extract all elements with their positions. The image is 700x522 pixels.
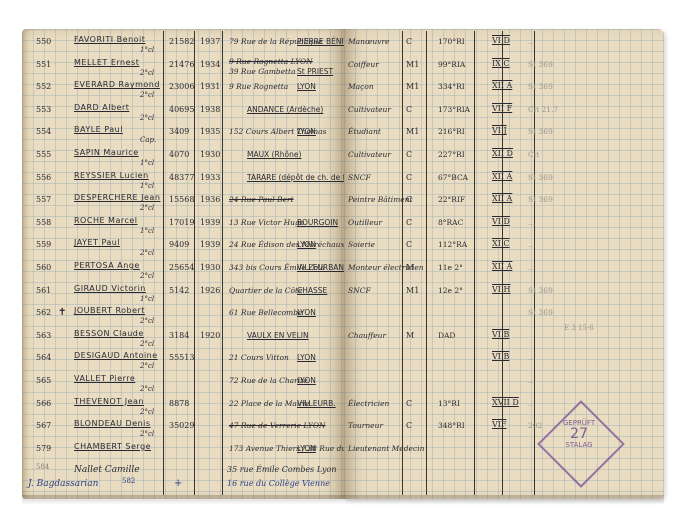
ledger-row: CoiffeurM199°RIAIX CSt 369 — [344, 56, 664, 78]
ledger-row: 556REYSSIER Lucien1°cl483771933TARARE (d… — [22, 169, 344, 191]
class-year: 1938 — [200, 105, 220, 114]
address: 39 Rue Gambetta — [229, 67, 296, 76]
ledger-row: 554BAYLE PaulCap.34091935152 Cours Alber… — [22, 123, 344, 145]
entry-number: 584 — [36, 463, 49, 471]
rank: 1°cl — [140, 159, 154, 167]
class-year: 1926 — [200, 286, 220, 295]
occupation: Chauffeur — [348, 331, 386, 340]
reference: ... — [528, 37, 535, 46]
classification: M1 — [406, 60, 419, 69]
entry-number: 565 — [36, 376, 51, 385]
address: 21 Cours Vitton — [229, 353, 289, 362]
reference: Cit — [528, 150, 539, 159]
ledger-row: 555SAPIN Maurice1°cl40701930MAUX (Rhône) — [22, 146, 344, 168]
entry-number: 566 — [36, 399, 51, 408]
military-group: XII A — [492, 194, 512, 203]
ledger-row: ChauffeurMDADVI B — [344, 327, 664, 349]
rank: 2°cl — [140, 408, 154, 416]
classification: C — [406, 240, 412, 249]
city: LYON — [297, 376, 316, 385]
ledger-row: 561GIRAUD Victorin1°cl51421926Quartier d… — [22, 282, 344, 304]
rank: 2°cl — [140, 430, 154, 438]
classification: C — [406, 421, 412, 430]
entry-number: 559 — [36, 240, 51, 249]
entry-number: 562 — [36, 308, 51, 317]
class-year: 1936 — [200, 195, 220, 204]
military-group: VI J — [492, 126, 507, 135]
stamp-bottom-text: STALAG — [538, 442, 620, 449]
regiment: DAD — [438, 331, 455, 340]
city: LYON — [297, 444, 316, 453]
address: 13 Rue Victor Hugo — [229, 218, 304, 227]
city: VAULX EN VELIN — [247, 331, 309, 340]
matricule: 21476 — [169, 60, 194, 69]
rank: 2°cl — [140, 340, 154, 348]
military-group: VI H — [492, 285, 510, 294]
matricule: 35029 — [169, 421, 194, 430]
class-year: 1935 — [200, 127, 220, 136]
soldier-name: THEVENOT Jean — [74, 397, 144, 406]
occupation: SNCF — [348, 286, 371, 295]
matricule: 17019 — [169, 218, 194, 227]
classification: C — [406, 150, 412, 159]
address: 61 Rue Bellecombe — [229, 308, 302, 317]
regiment: 348°RI — [438, 421, 465, 430]
class-year: 1937 — [200, 37, 220, 46]
classification: M — [406, 263, 414, 272]
military-group: XII A — [492, 172, 512, 181]
address: 16 rue du Collège Vienne — [227, 479, 330, 488]
rank: 1°cl — [140, 295, 154, 303]
class-year: 1934 — [200, 60, 220, 69]
class-year: 1939 — [200, 240, 220, 249]
occupation: Maçon — [348, 82, 374, 91]
class-year: 1939 — [200, 218, 220, 227]
ledger-row: 559JAYET Paul2°cl9409193924 Rue Édison d… — [22, 236, 344, 258]
entry-number: 555 — [36, 150, 51, 159]
reference: St 369 — [528, 308, 553, 317]
rank: 2°cl — [140, 272, 154, 280]
matricule: 25654 — [169, 263, 194, 272]
regiment: 8°RAC — [438, 218, 463, 227]
struck-address: 9 Rue Rognetta LYON — [229, 57, 313, 66]
classification: C — [406, 173, 412, 182]
military-group: VIF — [492, 420, 507, 429]
occupation: Peintre Bâtiment — [348, 195, 413, 204]
military-group: XII A — [492, 81, 512, 90]
regiment: 227°RI — [438, 150, 465, 159]
stamp-number: 27 — [538, 427, 620, 442]
ledger-row: 553DARD Albert2°cl406951938ANDANCE (Ardè… — [22, 101, 344, 123]
city: LYON — [297, 240, 316, 249]
regiment: 11e 2° — [438, 263, 463, 272]
ledger-row: CultivateurC227°RIXII DCit — [344, 146, 664, 168]
reference: Cit 21.7 — [528, 105, 558, 114]
matricule: 23006 — [169, 82, 194, 91]
military-group: VI B — [492, 330, 509, 339]
classification: C — [406, 105, 412, 114]
classification: M1 — [406, 82, 419, 91]
ledger-row: 552EVERARD Raymond2°cl2300619319 Rue Rog… — [22, 78, 344, 100]
class-year: 1931 — [200, 82, 220, 91]
entry-number: 579 — [36, 444, 51, 453]
regiment: 13°RI — [438, 399, 460, 408]
rank: 1°cl — [140, 227, 154, 235]
city: ANDANCE (Ardèche) — [247, 105, 323, 114]
soldier-name: CHAMBERT Serge — [74, 442, 151, 451]
entry-number: 563 — [36, 331, 51, 340]
occupation: Outilleur — [348, 218, 382, 227]
soldier-name: PERTOSA Ange — [74, 261, 140, 270]
soldier-name: REYSSIER Lucien — [74, 171, 149, 180]
soldier-name: JAYET Paul — [74, 238, 120, 247]
soldier-name: DARD Albert — [74, 103, 129, 112]
soldier-name: JOUBERT Robert — [74, 306, 145, 315]
occupation: Coiffeur — [348, 60, 379, 69]
matricule: 55513 — [169, 353, 194, 362]
classification: C — [406, 399, 412, 408]
city: BOURGOIN — [297, 218, 338, 227]
military-group: XII A — [492, 262, 512, 271]
soldier-name: GIRAUD Victorin — [74, 284, 146, 293]
occupation: Tourneur — [348, 421, 383, 430]
classification: C — [406, 218, 412, 227]
matricule: 3184 — [169, 331, 189, 340]
ledger-row: ÉtudiantM1216°RIVI JSt 369 — [344, 123, 664, 145]
soldier-name: EVERARD Raymond — [74, 80, 160, 89]
entry-number: 561 — [36, 286, 51, 295]
occupation: SNCF — [348, 173, 371, 182]
left-page: 550FAVORITI Benoit1°cl21582193779 Rue de… — [22, 29, 344, 499]
military-group: VII F — [492, 104, 512, 113]
city: VILLEURB. — [297, 399, 336, 408]
ledger-row: 557DESPERCHERE Jean2°cl15568193624 Rue P… — [22, 191, 344, 213]
reference: St 369 — [528, 127, 553, 136]
class-year: 1920 — [200, 331, 220, 340]
occupation: Cultivateur — [348, 150, 391, 159]
rank: 2°cl — [140, 204, 154, 212]
entry-number: 556 — [36, 173, 51, 182]
ledger-row: 560PERTOSA Ange2°cl256541930343 bis Cour… — [22, 259, 344, 281]
rank: 2°cl — [140, 114, 154, 122]
classification: M — [406, 331, 414, 340]
ledger-row: SoierieC112°RAXI C... — [344, 236, 664, 258]
matricule: 3409 — [169, 127, 189, 136]
rank: 1°cl — [140, 182, 154, 190]
soldier-name: BESSON Claude — [74, 329, 144, 338]
matricule: 4070 — [169, 150, 189, 159]
rank: 2°cl — [140, 385, 154, 393]
entry-number: 554 — [36, 127, 51, 136]
ledger-row: OutilleurC8°RACVI D... — [344, 214, 664, 236]
soldier-name: Nallet Camille — [74, 465, 140, 475]
ledger-row: ManœuvreC170°RIVI D... — [344, 33, 664, 55]
deceased-cross-mark: ✝ — [58, 307, 66, 318]
entry-number: 557 — [36, 195, 51, 204]
soldier-name: DESIGAUD Antoine — [74, 351, 158, 360]
ledger-row: SNCFM112e 2°VI HSt 369 — [344, 282, 664, 304]
entry-number: 551 — [36, 60, 51, 69]
matricule: 8878 — [169, 399, 189, 408]
matricule: 9409 — [169, 240, 189, 249]
soldier-name: VALLET Pierre — [74, 374, 135, 383]
matricule: 40695 — [169, 105, 194, 114]
ledger-row: 565VALLET Pierre2°cl72 Rue de la Charité… — [22, 372, 344, 394]
reference: ... — [528, 376, 535, 385]
address: 9 Rue Rognetta — [229, 82, 288, 91]
reference: ... — [528, 263, 535, 272]
reference: ... — [528, 353, 535, 362]
reference: ... — [528, 240, 535, 249]
ledger-row: 563BESSON Claude2°cl31841920VAULX EN VEL… — [22, 327, 344, 349]
classification: C — [406, 195, 412, 204]
entry-number: 582 — [122, 477, 135, 485]
soldier-name: ROCHE Marcel — [74, 216, 138, 225]
military-group: XVII D — [492, 398, 519, 407]
regiment: 67°BCA — [438, 173, 468, 182]
address: 72 Rue de la Charité — [229, 376, 308, 385]
ledger-row: MaçonM1334°RIXII ASt 369 — [344, 78, 664, 100]
rank: 2°cl — [140, 317, 154, 325]
classification: M1 — [406, 127, 419, 136]
occupation: Électricien — [348, 399, 389, 408]
reference: St 369 — [528, 286, 553, 295]
ledger-row: 567BLONDEAU Denis2°cl3502947 Rue de Verr… — [22, 417, 344, 439]
city: LYON — [297, 308, 316, 317]
reference: St 369 — [528, 195, 553, 204]
soldier-name: DESPERCHERE Jean — [74, 193, 160, 202]
page-shadow — [22, 495, 664, 505]
city: LYON — [297, 82, 316, 91]
reference: St 369 — [528, 82, 553, 91]
occupation: Lieutenant Médecin — [348, 444, 424, 453]
matricule: 21582 — [169, 37, 194, 46]
soldier-name: MELLET Ernest — [74, 58, 139, 67]
regiment: 112°RA — [438, 240, 467, 249]
military-group: XI C — [492, 239, 510, 248]
regiment: 216°RI — [438, 127, 465, 136]
address: 35 rue Émile Combes Lyon — [227, 465, 336, 474]
regiment: 12e 2° — [438, 286, 463, 295]
ledger-row: 564DESIGAUD Antoine2°cl5551321 Cours Vit… — [22, 349, 344, 371]
rank: Cap. — [140, 136, 156, 144]
city: St PRIEST — [297, 67, 333, 76]
ledger-row: Monteur électricienM11e 2°XII A... — [344, 259, 664, 281]
entry-number: 560 — [36, 263, 51, 272]
ledger-row: St 369 — [344, 304, 664, 326]
military-group: VI D — [492, 36, 510, 45]
ledger-row: Peintre BâtimentC22°RIFXII ASt 369 — [344, 191, 664, 213]
city: CHASSE — [297, 286, 327, 295]
matricule: 48377 — [169, 173, 194, 182]
occupation: Cultivateur — [348, 105, 391, 114]
stalag-stamp: GEPRÜFT 27 STALAG — [538, 420, 620, 449]
city: TARARE (dépôt de ch. de fer) — [247, 173, 356, 182]
regiment: 170°RI — [438, 37, 465, 46]
ledger-row: 558ROCHE Marcel1°cl17019193913 Rue Victo… — [22, 214, 344, 236]
soldier-name: SAPIN Maurice — [74, 148, 139, 157]
entry-number: 550 — [36, 37, 51, 46]
entry-number: 552 — [36, 82, 51, 91]
class-year: 1930 — [200, 150, 220, 159]
classification: C — [406, 37, 412, 46]
military-group: VI D — [492, 217, 510, 226]
city: MAUX (Rhône) — [247, 150, 301, 159]
entry-number: 567 — [36, 421, 51, 430]
reference: ... — [528, 399, 535, 408]
ledger-row: CultivateurC173°RIAVII FCit 21.7 — [344, 101, 664, 123]
soldier-name: BAYLE Paul — [74, 125, 123, 134]
occupation: Soierie — [348, 240, 375, 249]
matricule: 5142 — [169, 286, 189, 295]
struck-address: 47 Rue de Verrerie LYON — [229, 421, 326, 430]
struck-address: 24 Rue Paul Bert — [229, 195, 294, 204]
ledger-row: 562JOUBERT Robert2°cl61 Rue BellecombeLY… — [22, 304, 344, 326]
entry-number: 558 — [36, 218, 51, 227]
rank: 2°cl — [140, 249, 154, 257]
regiment: 173°RIA — [438, 105, 470, 114]
rank: 2°cl — [140, 91, 154, 99]
entry-number: 564 — [36, 353, 51, 362]
ledger-row: ÉlectricienC13°RIXVII D... — [344, 395, 664, 417]
ledger-row: 566THEVENOT Jean2°cl887822 Place de la M… — [22, 395, 344, 417]
military-group: IX C — [492, 59, 510, 68]
soldier-name: J. Bagdassarian — [28, 479, 98, 489]
ledger-row: SNCFC67°BCAXII ASt 369 — [344, 169, 664, 191]
ledger-row: ... — [344, 372, 664, 394]
soldier-name: BLONDEAU Denis — [74, 419, 151, 428]
city: LYON — [297, 353, 316, 362]
rank: 1°cl — [140, 46, 154, 54]
address: Quartier de la Côte — [229, 286, 302, 295]
military-group: XII D — [492, 149, 513, 158]
military-group: VI B — [492, 352, 509, 361]
ledger-row: 579CHAMBERT Serge173 Avenue Thiers / 38 … — [22, 440, 344, 462]
ledger-row: 550FAVORITI Benoit1°cl21582193779 Rue de… — [22, 33, 344, 55]
classification: M1 — [406, 286, 419, 295]
class-year: 1930 — [200, 263, 220, 272]
reference: ... — [528, 218, 535, 227]
ledger-row: VI B... — [344, 349, 664, 371]
reference: St 369 — [528, 173, 553, 182]
matricule: 15568 — [169, 195, 194, 204]
occupation: Manœuvre — [348, 37, 390, 46]
entry-number: 553 — [36, 105, 51, 114]
address: 24 Rue Édison des Maréchaux — [229, 240, 345, 249]
regiment: 22°RIF — [438, 195, 465, 204]
rank: 2°cl — [140, 69, 154, 77]
reference: St 369 — [528, 60, 553, 69]
regiment: 99°RIA — [438, 60, 465, 69]
class-year: 1933 — [200, 173, 220, 182]
regiment: 334°RI — [438, 82, 465, 91]
city: LYON — [297, 127, 316, 136]
soldier-name: FAVORITI Benoit — [74, 35, 145, 44]
rank: 2°cl — [140, 362, 154, 370]
occupation: Étudiant — [348, 127, 381, 136]
margin-note: E 3 15-6 — [564, 324, 594, 332]
cross-mark: + — [174, 478, 182, 489]
ledger-row: 551MELLET Ernest2°cl2147619349 Rue Rogne… — [22, 56, 344, 78]
